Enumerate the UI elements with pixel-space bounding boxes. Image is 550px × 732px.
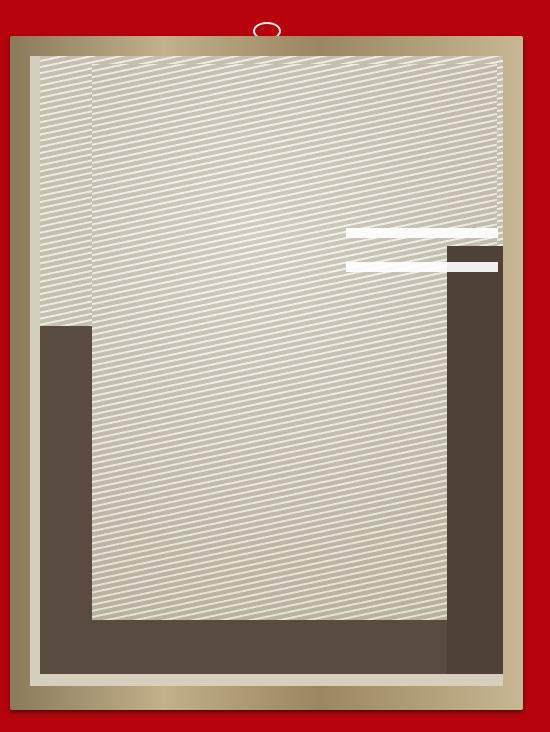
- frame-backing: [30, 56, 503, 686]
- picture-frame: [10, 36, 523, 710]
- framed-textile: [92, 64, 497, 620]
- glass-reflection-lower: [346, 262, 498, 272]
- backing-exposed-right: [447, 246, 503, 686]
- textile-bottom-edge: [30, 674, 503, 686]
- textile-left-edge: [30, 56, 40, 686]
- glass-reflection-upper: [346, 228, 498, 238]
